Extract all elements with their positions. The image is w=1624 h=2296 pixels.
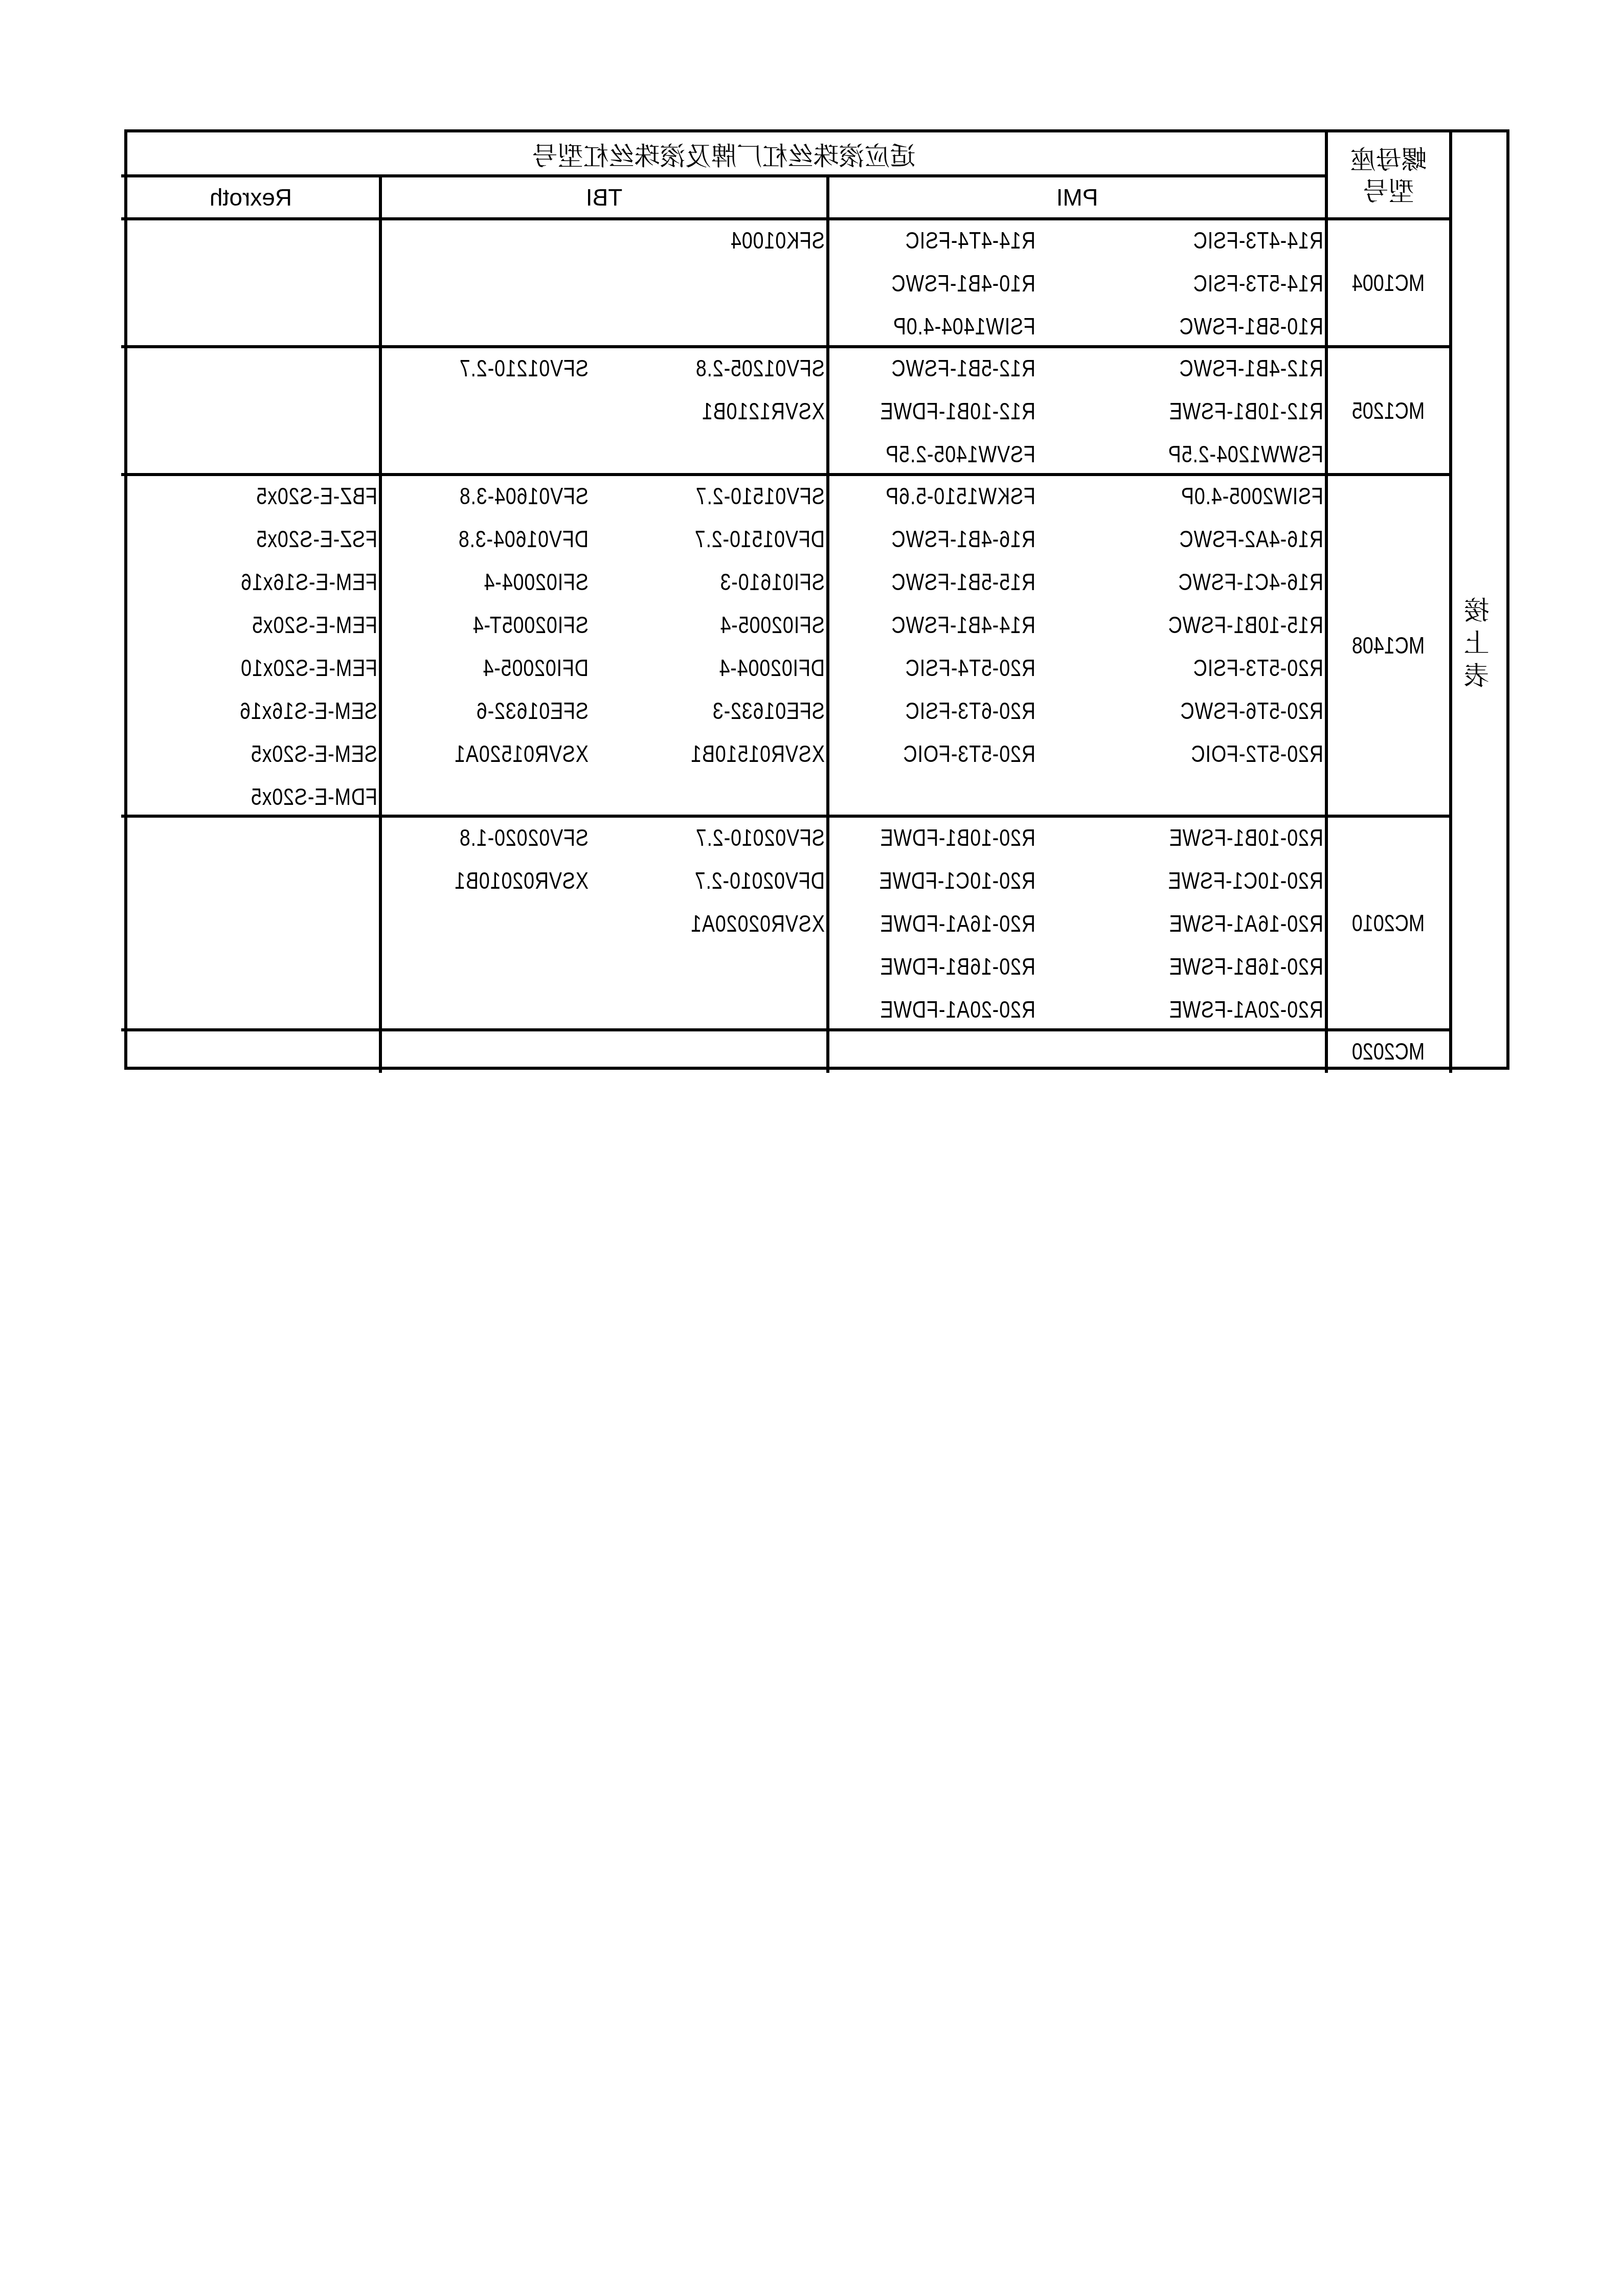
pmi-part-number: R20-5T2-FOIC [1191,732,1323,775]
pmi-part-number: R20-16A1-FDWE [880,902,1035,945]
model-label: MC1004 [1352,269,1425,297]
pmi-part-number: R14-5T3-FSIC [1193,262,1323,305]
continuation-note: 接上表 [1451,219,1506,1073]
tbi-part-number: DFI02004-4 [719,646,825,689]
table-border [379,176,382,1073]
pmi-part-number: R12-5B1-FSWC [891,347,1035,390]
pmi-part-number: R20-5T3-FSIC [1193,646,1323,689]
model-label: MC2010 [1352,909,1425,937]
table-border [826,176,829,1073]
rexroth-part-number: SEM-E-S16x16 [239,689,377,732]
tbi-part-number: DFI02005-4 [483,646,589,689]
tbi-part-number: SFK01004 [730,219,825,262]
pmi-part-number: R20-5T6-FSWC [1180,689,1323,732]
model-label: MC1408 [1352,632,1425,659]
pmi-part-number: R20-16A1-FSWE [1169,902,1323,945]
pmi-part-number: R12-4B1-FSWC [1179,347,1323,390]
nut-seat-model: MC2010 [1326,816,1451,1030]
pmi-part-number: R20-16B1-FSWE [1169,945,1323,988]
rexroth-part-number: FDM-E-S20x5 [251,775,377,818]
tbi-part-number: SFI02004-4 [484,560,589,603]
rexroth-part-number: FEM-E-S20x10 [240,646,377,689]
pmi-part-number: R20-20A1-FDWE [880,988,1035,1031]
tbi-part-number: SFE01632-6 [476,689,589,732]
pmi-part-number: R20-20A1-FSWE [1169,988,1323,1031]
pmi-part-number: R15-5B1-FSWC [891,560,1035,603]
rexroth-part-number: SEM-E-S20x5 [251,732,377,775]
tbi-part-number: SFV01210-2.7 [459,347,589,390]
brand-header-rexroth: Rexroth [121,176,380,219]
nut-seat-model: MC1408 [1326,475,1451,816]
pmi-part-number: FSIW2005-4.0P [1181,475,1323,517]
pmi-part-number: FSWW1204-2.5P [1168,433,1323,476]
pmi-part-number: R20-10B1-FSWE [1169,816,1323,859]
pmi-part-number: R20-10C1-FDWE [879,859,1035,902]
pmi-part-number: R20-5T4-FSIC [905,646,1035,689]
rexroth-part-number: FEM-E-S20x5 [252,603,377,646]
pmi-part-number: FSVW1405-2.5P [885,433,1035,476]
pmi-part-number: R16-4B1-FSWC [891,517,1035,560]
pmi-part-number: FSIW1404-4.0P [893,305,1035,348]
pmi-part-number: R15-10B1-FSWC [1168,603,1323,646]
tbi-part-number: XSVR1210B1 [702,390,825,433]
model-label: MC1205 [1352,397,1425,424]
tbi-part-number: SFI01610-3 [720,560,825,603]
pmi-part-number: R20-5T3-FOIC [903,732,1035,775]
tbi-part-number: SFI02005-4 [720,603,825,646]
tbi-part-number: DFV01604-3.8 [458,517,589,560]
pmi-part-number: R10-5B1-FSWC [1179,305,1323,348]
brands-header: 适应滚珠丝杠厂牌及滚珠丝杠型号 [121,132,1326,176]
ballscrew-compatibility-table: 接上表螺母座型号适应滚珠丝杠厂牌及滚珠丝杠型号PMITBIRexrothMC10… [124,129,1509,1070]
pmi-part-number: R12-10B1-FSWE [1169,390,1323,433]
pmi-part-number: R20-10B1-FDWE [880,816,1035,859]
tbi-part-number: SFI02005T-4 [472,603,589,646]
tbi-part-number: XSVR02020A1 [690,902,825,945]
model-label: MC2020 [1352,1038,1425,1065]
tbi-part-number: SFV01510-2.7 [695,475,825,517]
tbi-part-number: SFV01604-3.8 [459,475,589,517]
brand-header-tbi: TBI [380,176,828,219]
pmi-part-number: R14-4T4-FSIC [905,219,1035,262]
nut-seat-model: MC1004 [1326,219,1451,347]
tbi-part-number: SFE01632-3 [712,689,825,732]
tbi-part-number: XSVR02010B1 [454,859,589,902]
pmi-part-number: R20-6T3-FSIC [905,689,1035,732]
pmi-part-number: R10-4B1-FSWC [891,262,1035,305]
pmi-part-number: R20-16B1-FDWE [880,945,1035,988]
tbi-part-number: SFV02010-2.7 [695,816,825,859]
tbi-part-number: DFV02010-2.7 [694,859,825,902]
nut-seat-model: MC1205 [1326,347,1451,475]
pmi-part-number: R14-4T3-FSIC [1193,219,1323,262]
nut-seat-model: MC2020 [1326,1030,1451,1073]
pmi-part-number: R12-10B1-FDWE [880,390,1035,433]
tbi-part-number: SFV01205-2.8 [695,347,825,390]
tbi-part-number: DFV01510-2.7 [694,517,825,560]
tbi-part-number: XSVR01520A1 [454,732,589,775]
pmi-part-number: R16-4A2-FSWC [1179,517,1323,560]
rexroth-part-number: FBZ-E-S20x5 [256,475,377,517]
pmi-part-number: R16-4C1-FSWC [1178,560,1323,603]
nut-seat-header: 螺母座型号 [1326,132,1451,219]
brand-header-pmi: PMI [828,176,1326,219]
pmi-part-number: R20-10C1-FSWE [1168,859,1323,902]
document-page: 接上表螺母座型号适应滚珠丝杠厂牌及滚珠丝杠型号PMITBIRexrothMC10… [0,0,1624,2296]
pmi-part-number: R14-4B1-FSWC [891,603,1035,646]
rexroth-part-number: FEM-E-S16x16 [240,560,377,603]
rexroth-part-number: FSZ-E-S20x5 [256,517,377,560]
pmi-part-number: FSKW1510-5.6P [885,475,1035,517]
tbi-part-number: XSVR01510B1 [690,732,825,775]
tbi-part-number: SFV02020-1.8 [459,816,589,859]
